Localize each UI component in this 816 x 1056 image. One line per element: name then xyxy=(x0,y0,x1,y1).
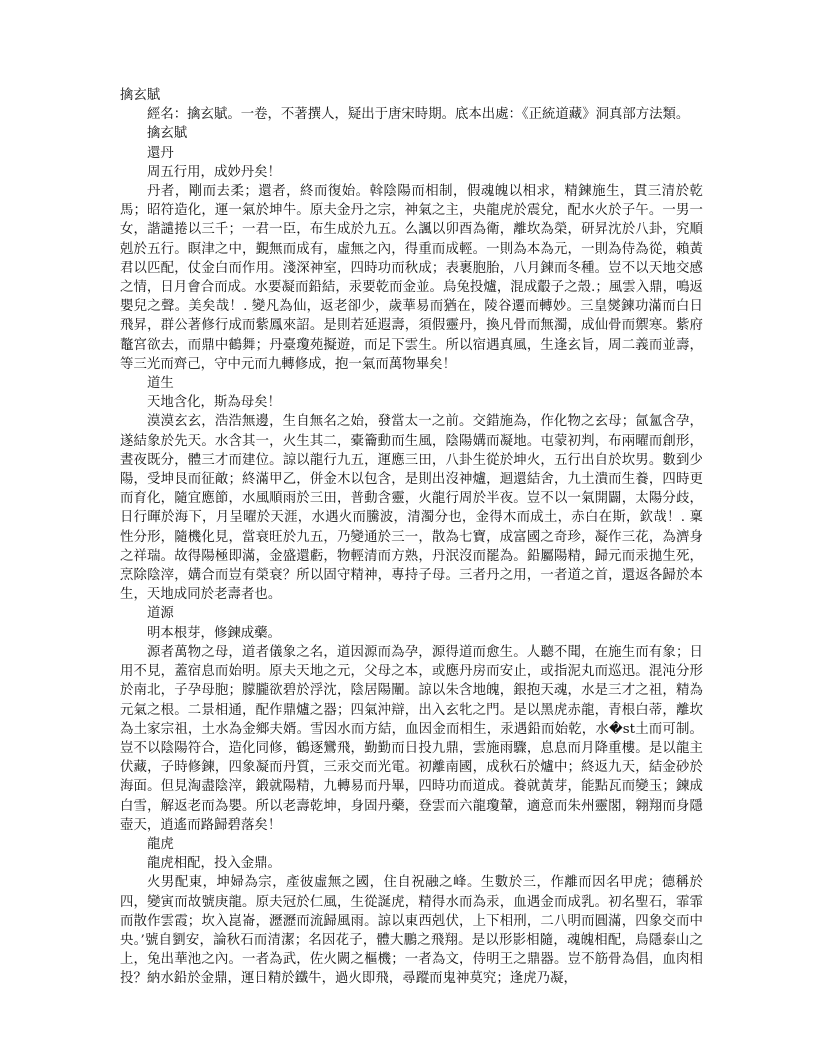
document-page: 擒玄賦 經名：擒玄賦。一卷，不著撰人，疑出于唐宋時期。底本出處：《正統道藏》洞真… xyxy=(120,86,703,989)
section-body: 火男配東，坤婦為宗，產彼虛無之國，住自祝融之峰。生數於三，作離而因名甲虎；德稱於… xyxy=(120,873,703,988)
section-body: 漠漠玄玄，浩浩無邊，生自無名之始，發當太一之前。交錯施為，作化物之玄母；氤氳含孕… xyxy=(120,412,703,604)
section-huandan: 還丹 周五行用，成妙丹矣！ 丹者，剛而去柔；還者，終而復始。斡陰陽而相制，假魂魄… xyxy=(120,144,703,374)
section-heading: 還丹 xyxy=(120,144,703,163)
section-heading: 道源 xyxy=(120,604,703,623)
section-verse: 天地含化，斯為母矣！ xyxy=(120,393,703,412)
section-verse: 龍虎相配，投入金鼎。 xyxy=(120,854,703,873)
document-meta: 經名：擒玄賦。一卷，不著撰人，疑出于唐宋時期。底本出處：《正統道藏》洞真部方法類… xyxy=(120,105,703,124)
section-heading: 龍虎 xyxy=(120,835,703,854)
section-longhu: 龍虎 龍虎相配，投入金鼎。 火男配東，坤婦為宗，產彼虛無之國，住自祝融之峰。生數… xyxy=(120,835,703,989)
section-body: 丹者，剛而去柔；還者，終而復始。斡陰陽而相制，假魂魄以相求，精鍊施生，貫三清於乾… xyxy=(120,182,703,374)
document-title: 擒玄賦 xyxy=(120,86,703,105)
section-verse: 周五行用，成妙丹矣！ xyxy=(120,163,703,182)
section-heading: 道生 xyxy=(120,374,703,393)
document-subtitle: 擒玄賦 xyxy=(120,124,703,143)
section-daoyuan: 道源 明本根芽，修鍊成藥。 源者萬物之母，道者儀象之名，道因源而為孕，源得道而愈… xyxy=(120,604,703,834)
section-verse: 明本根芽，修鍊成藥。 xyxy=(120,624,703,643)
section-daosheng: 道生 天地含化，斯為母矣！ 漠漠玄玄，浩浩無邊，生自無名之始，發當太一之前。交錯… xyxy=(120,374,703,604)
section-body: 源者萬物之母，道者儀象之名，道因源而為孕，源得道而愈生。人聽不聞，在施生而有象；… xyxy=(120,643,703,835)
